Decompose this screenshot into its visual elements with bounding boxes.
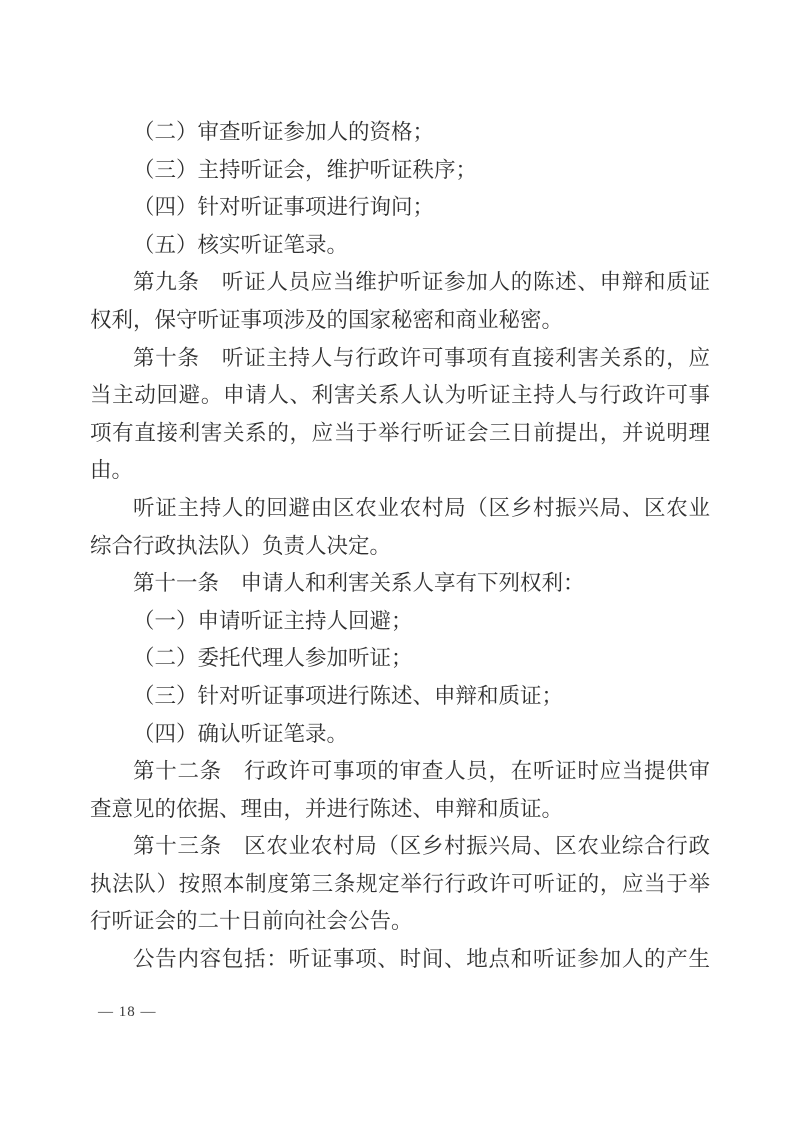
text-line: 项有直接利害关系的，应当于举行听证会三日前提出，并说明理 — [90, 415, 710, 453]
text-line: 听证主持人的回避由区农业农村局（区乡村振兴局、区农业 — [90, 490, 710, 528]
text-line: 综合行政执法队）负责人决定。 — [90, 528, 710, 566]
text-line: 第九条 听证人员应当维护听证参加人的陈述、申辩和质证 — [90, 264, 710, 302]
text-line: 公告内容包括：听证事项、时间、地点和听证参加人的产生 — [90, 941, 710, 979]
text-line: （四）确认听证笔录。 — [90, 716, 710, 754]
text-line: 第十二条 行政许可事项的审查人员，在听证时应当提供审 — [90, 753, 710, 791]
document-page: （二）审查听证参加人的资格；（三）主持听证会，维护听证秩序；（四）针对听证事项进… — [0, 0, 793, 1122]
document-body: （二）审查听证参加人的资格；（三）主持听证会，维护听证秩序；（四）针对听证事项进… — [90, 114, 710, 979]
page-number: — 18 — — [98, 1004, 157, 1020]
text-line: （五）核实听证笔录。 — [90, 227, 710, 265]
text-line: （三）主持听证会，维护听证秩序； — [90, 152, 710, 190]
text-line: 行听证会的二十日前向社会公告。 — [90, 903, 710, 941]
text-line: （一）申请听证主持人回避； — [90, 603, 710, 641]
text-line: （四）针对听证事项进行询问； — [90, 189, 710, 227]
text-line: 第十一条 申请人和利害关系人享有下列权利： — [90, 565, 710, 603]
text-line: 第十条 听证主持人与行政许可事项有直接利害关系的，应 — [90, 340, 710, 378]
page-footer: — 18 — — [98, 1001, 157, 1023]
text-line: 当主动回避。申请人、利害关系人认为听证主持人与行政许可事 — [90, 377, 710, 415]
text-line: （二）审查听证参加人的资格； — [90, 114, 710, 152]
text-line: 权利，保守听证事项涉及的国家秘密和商业秘密。 — [90, 302, 710, 340]
text-line: （二）委托代理人参加听证； — [90, 640, 710, 678]
text-line: （三）针对听证事项进行陈述、申辩和质证； — [90, 678, 710, 716]
text-line: 由。 — [90, 452, 710, 490]
text-line: 执法队）按照本制度第三条规定举行行政许可听证的，应当于举 — [90, 866, 710, 904]
text-line: 查意见的依据、理由，并进行陈述、申辩和质证。 — [90, 791, 710, 829]
text-line: 第十三条 区农业农村局（区乡村振兴局、区农业综合行政 — [90, 828, 710, 866]
